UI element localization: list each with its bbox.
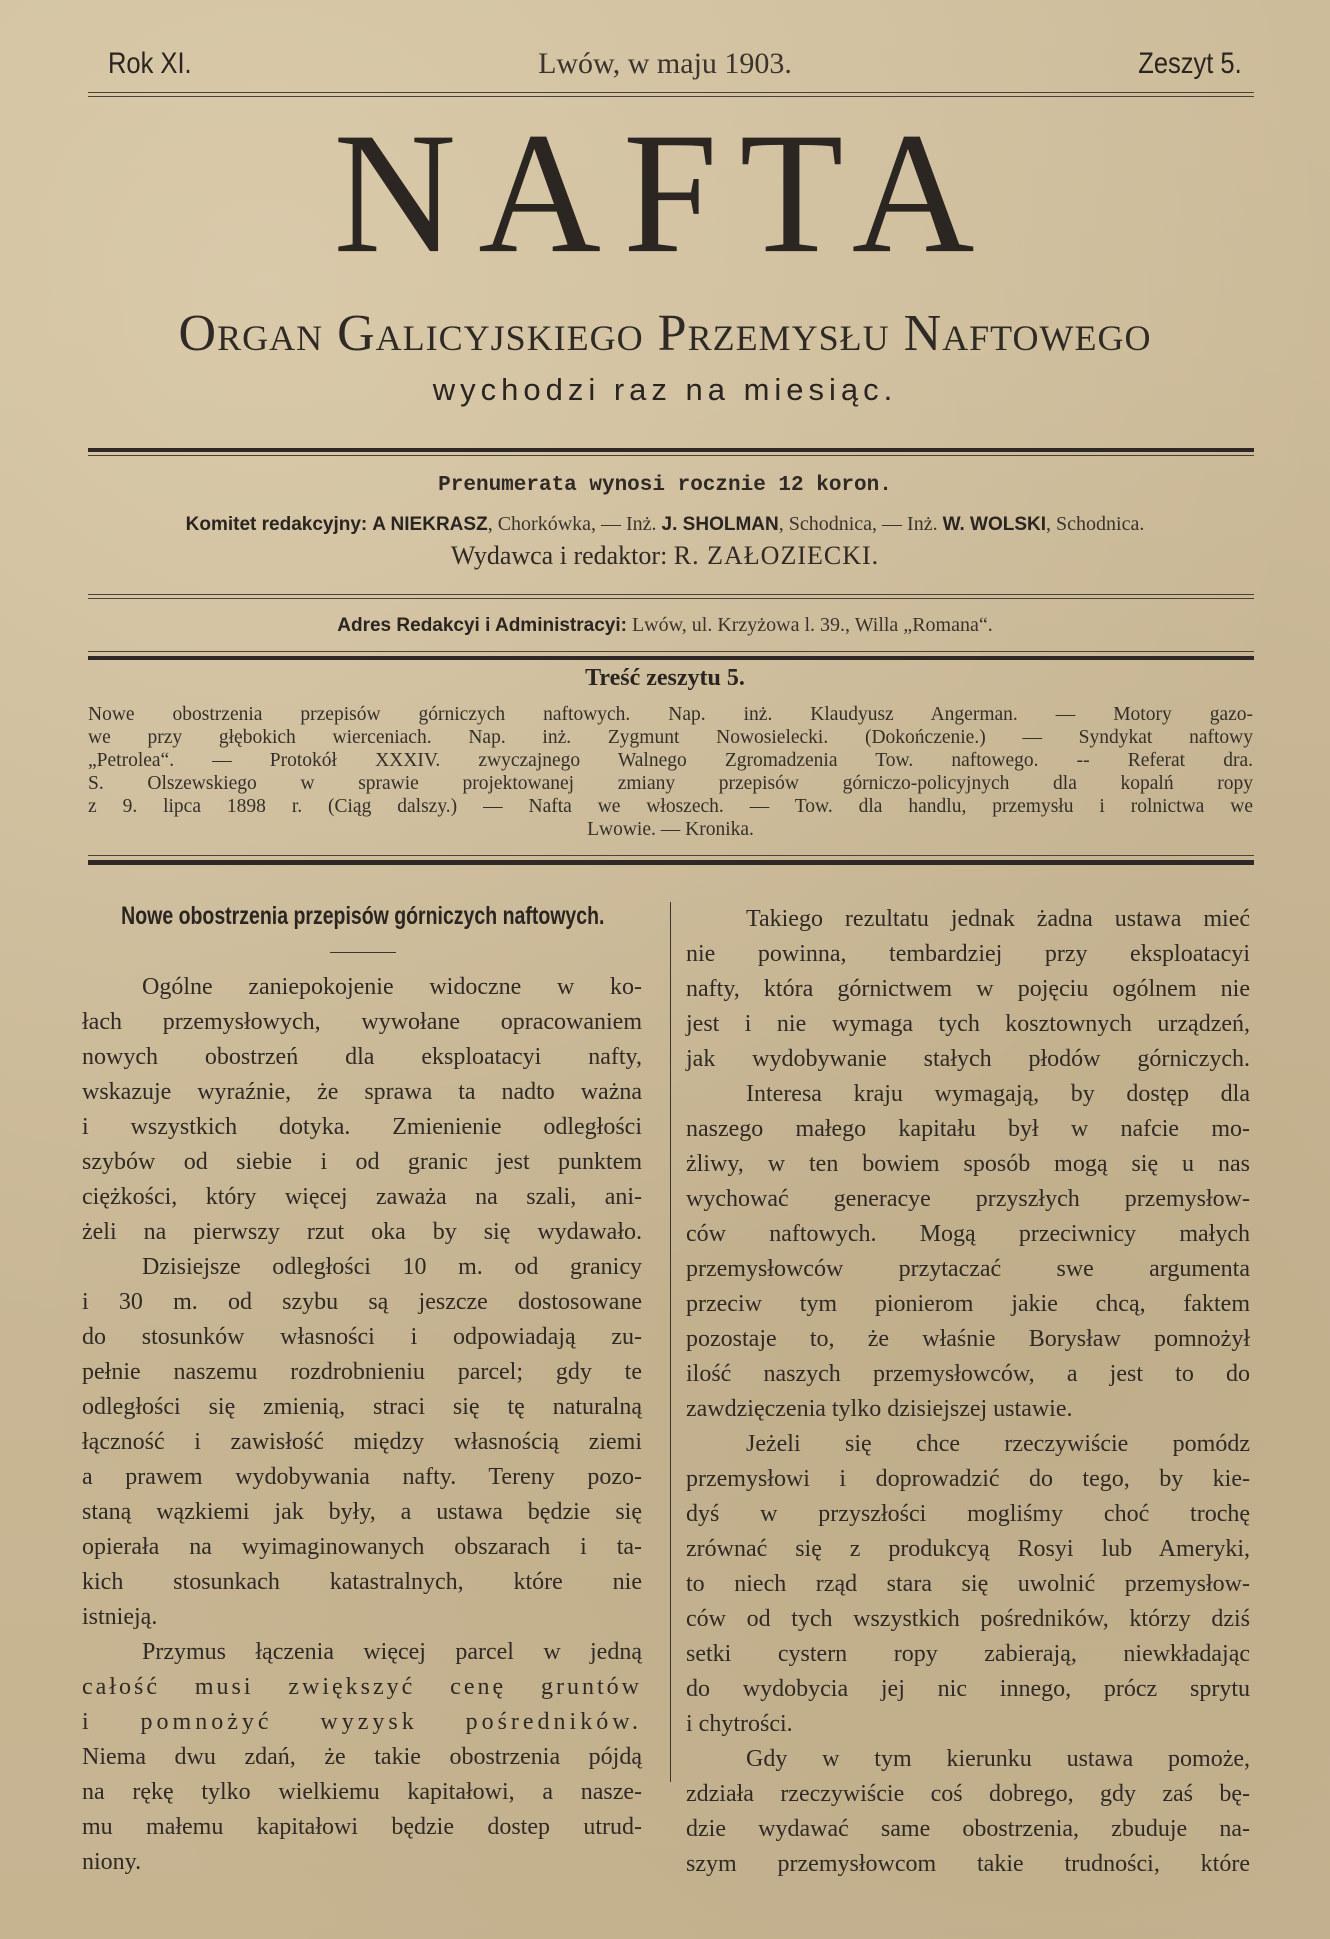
committee-member-place: , Schodnica.	[1046, 513, 1144, 535]
contents-bottom-rule-thick	[88, 860, 1254, 865]
contents-rule-thin	[88, 651, 1254, 652]
article-line: wychować generacye przyszłych przemysłow…	[686, 1182, 1250, 1217]
subscription-note: Prenumerata wynosi rocznie 12 koron.	[0, 474, 1330, 497]
committee-member-place: , Chorkówka, — Inż.	[488, 513, 657, 535]
article-line: na rękę tylko wielkiemu kapitałowi, a na…	[82, 1775, 642, 1810]
issue-text: Zeszyt 5.	[1139, 44, 1242, 84]
column-divider	[670, 902, 671, 1782]
article-line: przemysłowców przytaczać swe argumenta	[686, 1252, 1250, 1287]
article-line: całość musi zwiększyć cenę gruntów	[82, 1670, 642, 1705]
editorial-committee: Komitet redakcyjny: A NIEKRASZ, Chorkówk…	[0, 513, 1330, 536]
article-line: nafty, która górnictwem w pojęciu ogólne…	[686, 972, 1250, 1007]
masthead-subtitle: Organ Galicyjskiego Przemysłu Naftowego	[0, 302, 1330, 366]
masthead-rule-thin	[88, 455, 1254, 456]
article-line: kich stosunkach katastralnych, które nie	[82, 1565, 642, 1600]
article-line: jak wydobywanie stałych płodów górniczyc…	[686, 1042, 1250, 1077]
article-line: odległości się zmienią, straci się tę na…	[82, 1390, 642, 1425]
article-line: Ogólne zaniepokojenie widoczne w ko-	[82, 970, 642, 1005]
article-line: zawdzięczenia tylko dzisiejszej ustawie.	[686, 1392, 1250, 1427]
article-line: staną wązkiemi jak były, a ustawa będzie…	[82, 1495, 642, 1530]
article-line: do stosunków własności i odpowiadają zu-	[82, 1320, 642, 1355]
article-line: przemysłowi i doprowadzić do tego, by ki…	[686, 1462, 1250, 1497]
article-line: i 30 m. od szybu są jeszcze dostosowane	[82, 1285, 642, 1320]
article-title: Nowe obostrzenia przepisów górniczych na…	[82, 902, 644, 931]
address-label: Adres Redakcyi i Administracyi:	[337, 615, 627, 636]
contents-rule-thick	[88, 656, 1254, 660]
article-line: Niema dwu zdań, że takie obostrzenia pój…	[82, 1740, 642, 1775]
committee-member-name: J. SHOLMAN	[662, 514, 779, 535]
address-line: Adres Redakcyi i Administracyi: Lwów, ul…	[0, 614, 1330, 637]
header-rule-top	[88, 92, 1254, 93]
article-line: i wszystkich dotyka. Zmienienie odległoś…	[82, 1110, 642, 1145]
article-line: dyś w przyszłości mogliśmy choć trochę	[686, 1497, 1250, 1532]
article-line: i chytrości.	[686, 1707, 1250, 1742]
article-line: żliwy, w ten bowiem sposób mogą się u na…	[686, 1147, 1250, 1182]
article-line: ilość naszych przemysłowców, a jest to d…	[686, 1357, 1250, 1392]
address-value: Lwów, ul. Krzyżowa l. 39., Willa „Romana…	[632, 614, 993, 636]
contents-line: z 9. lipca 1898 r. (Ciąg dalszy.) — Naft…	[88, 796, 1253, 818]
article-line: wskazuje wyraźnie, że sprawa ta nadto wa…	[82, 1075, 642, 1110]
publisher-name: R. ZAŁOZIECKI.	[674, 541, 879, 570]
contents-line: Nowe obostrzenia przepisów górniczych na…	[88, 704, 1253, 726]
contents-line: „Petrolea“. — Protokół XXXIV. zwyczajneg…	[88, 750, 1253, 772]
article-line: łączność i zawisłość między własnością z…	[82, 1425, 642, 1460]
article-line: ciężkości, który więcej zaważa na szali,…	[82, 1180, 642, 1215]
title-separator	[330, 952, 396, 953]
article-line: nowych obostrzeń dla eksploatacyi nafty,	[82, 1040, 642, 1075]
article-line: to niech rząd stara się uwolnić przemysł…	[686, 1567, 1250, 1602]
masthead-title: NAFTA	[0, 106, 1330, 279]
article-line: do wydobycia jej nic innego, prócz spryt…	[686, 1672, 1250, 1707]
article-line: mu małemu kapitałowi będzie dostep utrud…	[82, 1810, 642, 1845]
article-line: i pomnożyć wyzysk pośredników.	[82, 1705, 642, 1740]
article-line: Gdy w tym kierunku ustawa pomoże,	[686, 1742, 1250, 1777]
article-line: Jeżeli się chce rzeczywiście pomódz	[686, 1427, 1250, 1462]
article-line: opierała na wyimaginowanych obszarach i …	[82, 1530, 642, 1565]
article-line: naszego małego kapitału był w nafcie mo-	[686, 1112, 1250, 1147]
article-line: pozostaje to, że właśnie Borysław pomnoż…	[686, 1322, 1250, 1357]
article-line: dzie wydawać same obostrzenia, zbuduje n…	[686, 1812, 1250, 1847]
article-line: ców naftowych. Mogą przeciwnicy małych	[686, 1217, 1250, 1252]
contents-bottom-rule-thin	[88, 855, 1254, 856]
article-line: szybów od siebie i od granic jest punkte…	[82, 1145, 642, 1180]
contents-line: Lwowie. — Kronika.	[88, 819, 1253, 841]
contents-title: Treść zeszytu 5.	[0, 665, 1330, 692]
address-rule-top	[88, 594, 1254, 595]
contents-line: S. Olszewskiego w sprawie projektowanej …	[88, 773, 1253, 795]
committee-member-place: , Schodnica, — Inż.	[779, 513, 938, 535]
publisher-label: Wydawca i redaktor:	[451, 541, 667, 570]
article-line: Przymus łączenia więcej parcel w jedną	[82, 1635, 642, 1670]
article-line: pełnie naszemu rozdrobnieniu parcel; gdy…	[82, 1355, 642, 1390]
article-line: a prawem wydobywania nafty. Tereny pozo-	[82, 1460, 642, 1495]
committee-member-name: A NIEKRASZ	[372, 514, 487, 535]
article-line: setki cystern ropy zabierają, niewkładaj…	[686, 1637, 1250, 1672]
article-line: zdziała rzeczywiście coś dobrego, gdy za…	[686, 1777, 1250, 1812]
article-line: nie powinna, tembardziej przy eksploatac…	[686, 937, 1250, 972]
article-line: istnieją.	[82, 1600, 642, 1635]
article-line: żeli na pierwszy rzut oka by się wydawał…	[82, 1215, 642, 1250]
article-line: zrównać się z produkcyą Rosyi lub Ameryk…	[686, 1532, 1250, 1567]
masthead-rule-thick	[88, 448, 1254, 452]
contents-line: we przy głębokich wierceniach. Nap. inż.…	[88, 727, 1253, 749]
article-line: ców od tych wszystkich pośredników, któr…	[686, 1602, 1250, 1637]
article-line: niony.	[82, 1845, 642, 1880]
committee-label: Komitet redakcyjny:	[186, 514, 368, 535]
article-line: Dzisiejsze odległości 10 m. od granicy	[82, 1250, 642, 1285]
address-rule-bottom	[88, 598, 1254, 599]
article-line: Interesa kraju wymagają, by dostęp dla	[686, 1077, 1250, 1112]
issue-label: Zeszyt 5.	[1120, 44, 1242, 84]
article-line: łach przemysłowych, wywołane opracowanie…	[82, 1005, 642, 1040]
article-line: szym przemysłowcom takie trudności, któr…	[686, 1847, 1250, 1882]
article-line: Takiego rezultatu jednak żadna ustawa mi…	[686, 902, 1250, 937]
publisher-line: Wydawca i redaktor: R. ZAŁOZIECKI.	[0, 541, 1330, 571]
article-line: jest i nie wymaga tych kosztownych urząd…	[686, 1007, 1250, 1042]
article-line: przeciw tym pionierom jakie chcą, faktem	[686, 1287, 1250, 1322]
publication-frequency: wychodzi raz na miesiąc.	[0, 372, 1330, 408]
committee-member-name: W. WOLSKI	[943, 514, 1046, 535]
